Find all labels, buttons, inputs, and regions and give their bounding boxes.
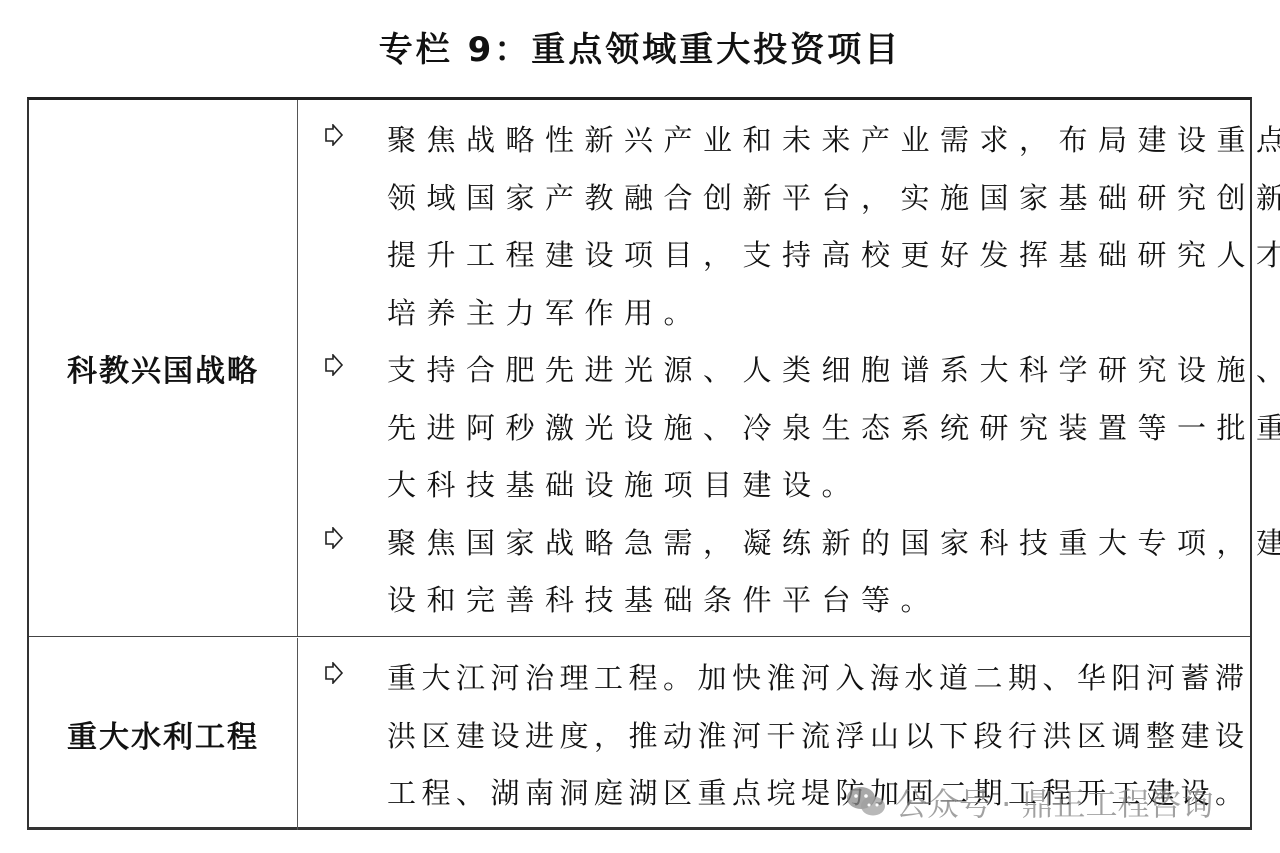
list-item: 聚焦国家战略急需，凝练新的国家科技重大专项，建 设和完善科技基础条件平台等。 (298, 515, 1250, 630)
page-title: 专栏 9：重点领域重大投资项目 (0, 22, 1280, 71)
text-line: 领域国家产教融合创新平台，实施国家基础研究创新 (387, 170, 1236, 228)
projects-table: 科教兴国战略 聚焦战略性新兴产业和未来产业需求，布局建设重点 领域国家产教融合创… (27, 97, 1252, 830)
hollow-right-arrow-icon (324, 527, 344, 549)
table-row: 科教兴国战略 聚焦战略性新兴产业和未来产业需求，布局建设重点 领域国家产教融合创… (29, 100, 1250, 637)
text-line: 设和完善科技基础条件平台等。 (387, 572, 1236, 630)
text-line: 支持合肥先进光源、人类细胞谱系大科学研究设施、 (387, 342, 1236, 400)
category-cell: 科教兴国战略 (29, 100, 298, 636)
category-cell: 重大水利工程 (29, 638, 298, 830)
text-line: 重大江河治理工程。加快淮河入海水道二期、华阳河蓄滞 (387, 650, 1236, 708)
hollow-right-arrow-icon (324, 354, 344, 376)
content-cell: 聚焦战略性新兴产业和未来产业需求，布局建设重点 领域国家产教融合创新平台，实施国… (298, 100, 1250, 636)
hollow-right-arrow-icon (324, 662, 344, 684)
text-line: 培养主力军作用。 (387, 285, 1236, 343)
list-item: 聚焦战略性新兴产业和未来产业需求，布局建设重点 领域国家产教融合创新平台，实施国… (298, 112, 1250, 342)
text-line: 提升工程建设项目，支持高校更好发挥基础研究人才 (387, 227, 1236, 285)
text-line: 洪区建设进度，推动淮河干流浮山以下段行洪区调整建设 (387, 708, 1236, 766)
hollow-right-arrow-icon (324, 124, 344, 146)
watermark-text: 公众号 · 鼎正工程咨询 (895, 779, 1214, 825)
text-line: 聚焦战略性新兴产业和未来产业需求，布局建设重点 (387, 112, 1236, 170)
list-item: 支持合肥先进光源、人类细胞谱系大科学研究设施、 先进阿秒激光设施、冷泉生态系统研… (298, 342, 1250, 515)
text-line: 聚焦国家战略急需，凝练新的国家科技重大专项，建 (387, 515, 1236, 573)
wechat-icon (845, 784, 887, 820)
watermark: 公众号 · 鼎正工程咨询 (845, 780, 1214, 824)
text-line: 先进阿秒激光设施、冷泉生态系统研究装置等一批重 (387, 400, 1236, 458)
text-line: 大科技基础设施项目建设。 (387, 457, 1236, 515)
